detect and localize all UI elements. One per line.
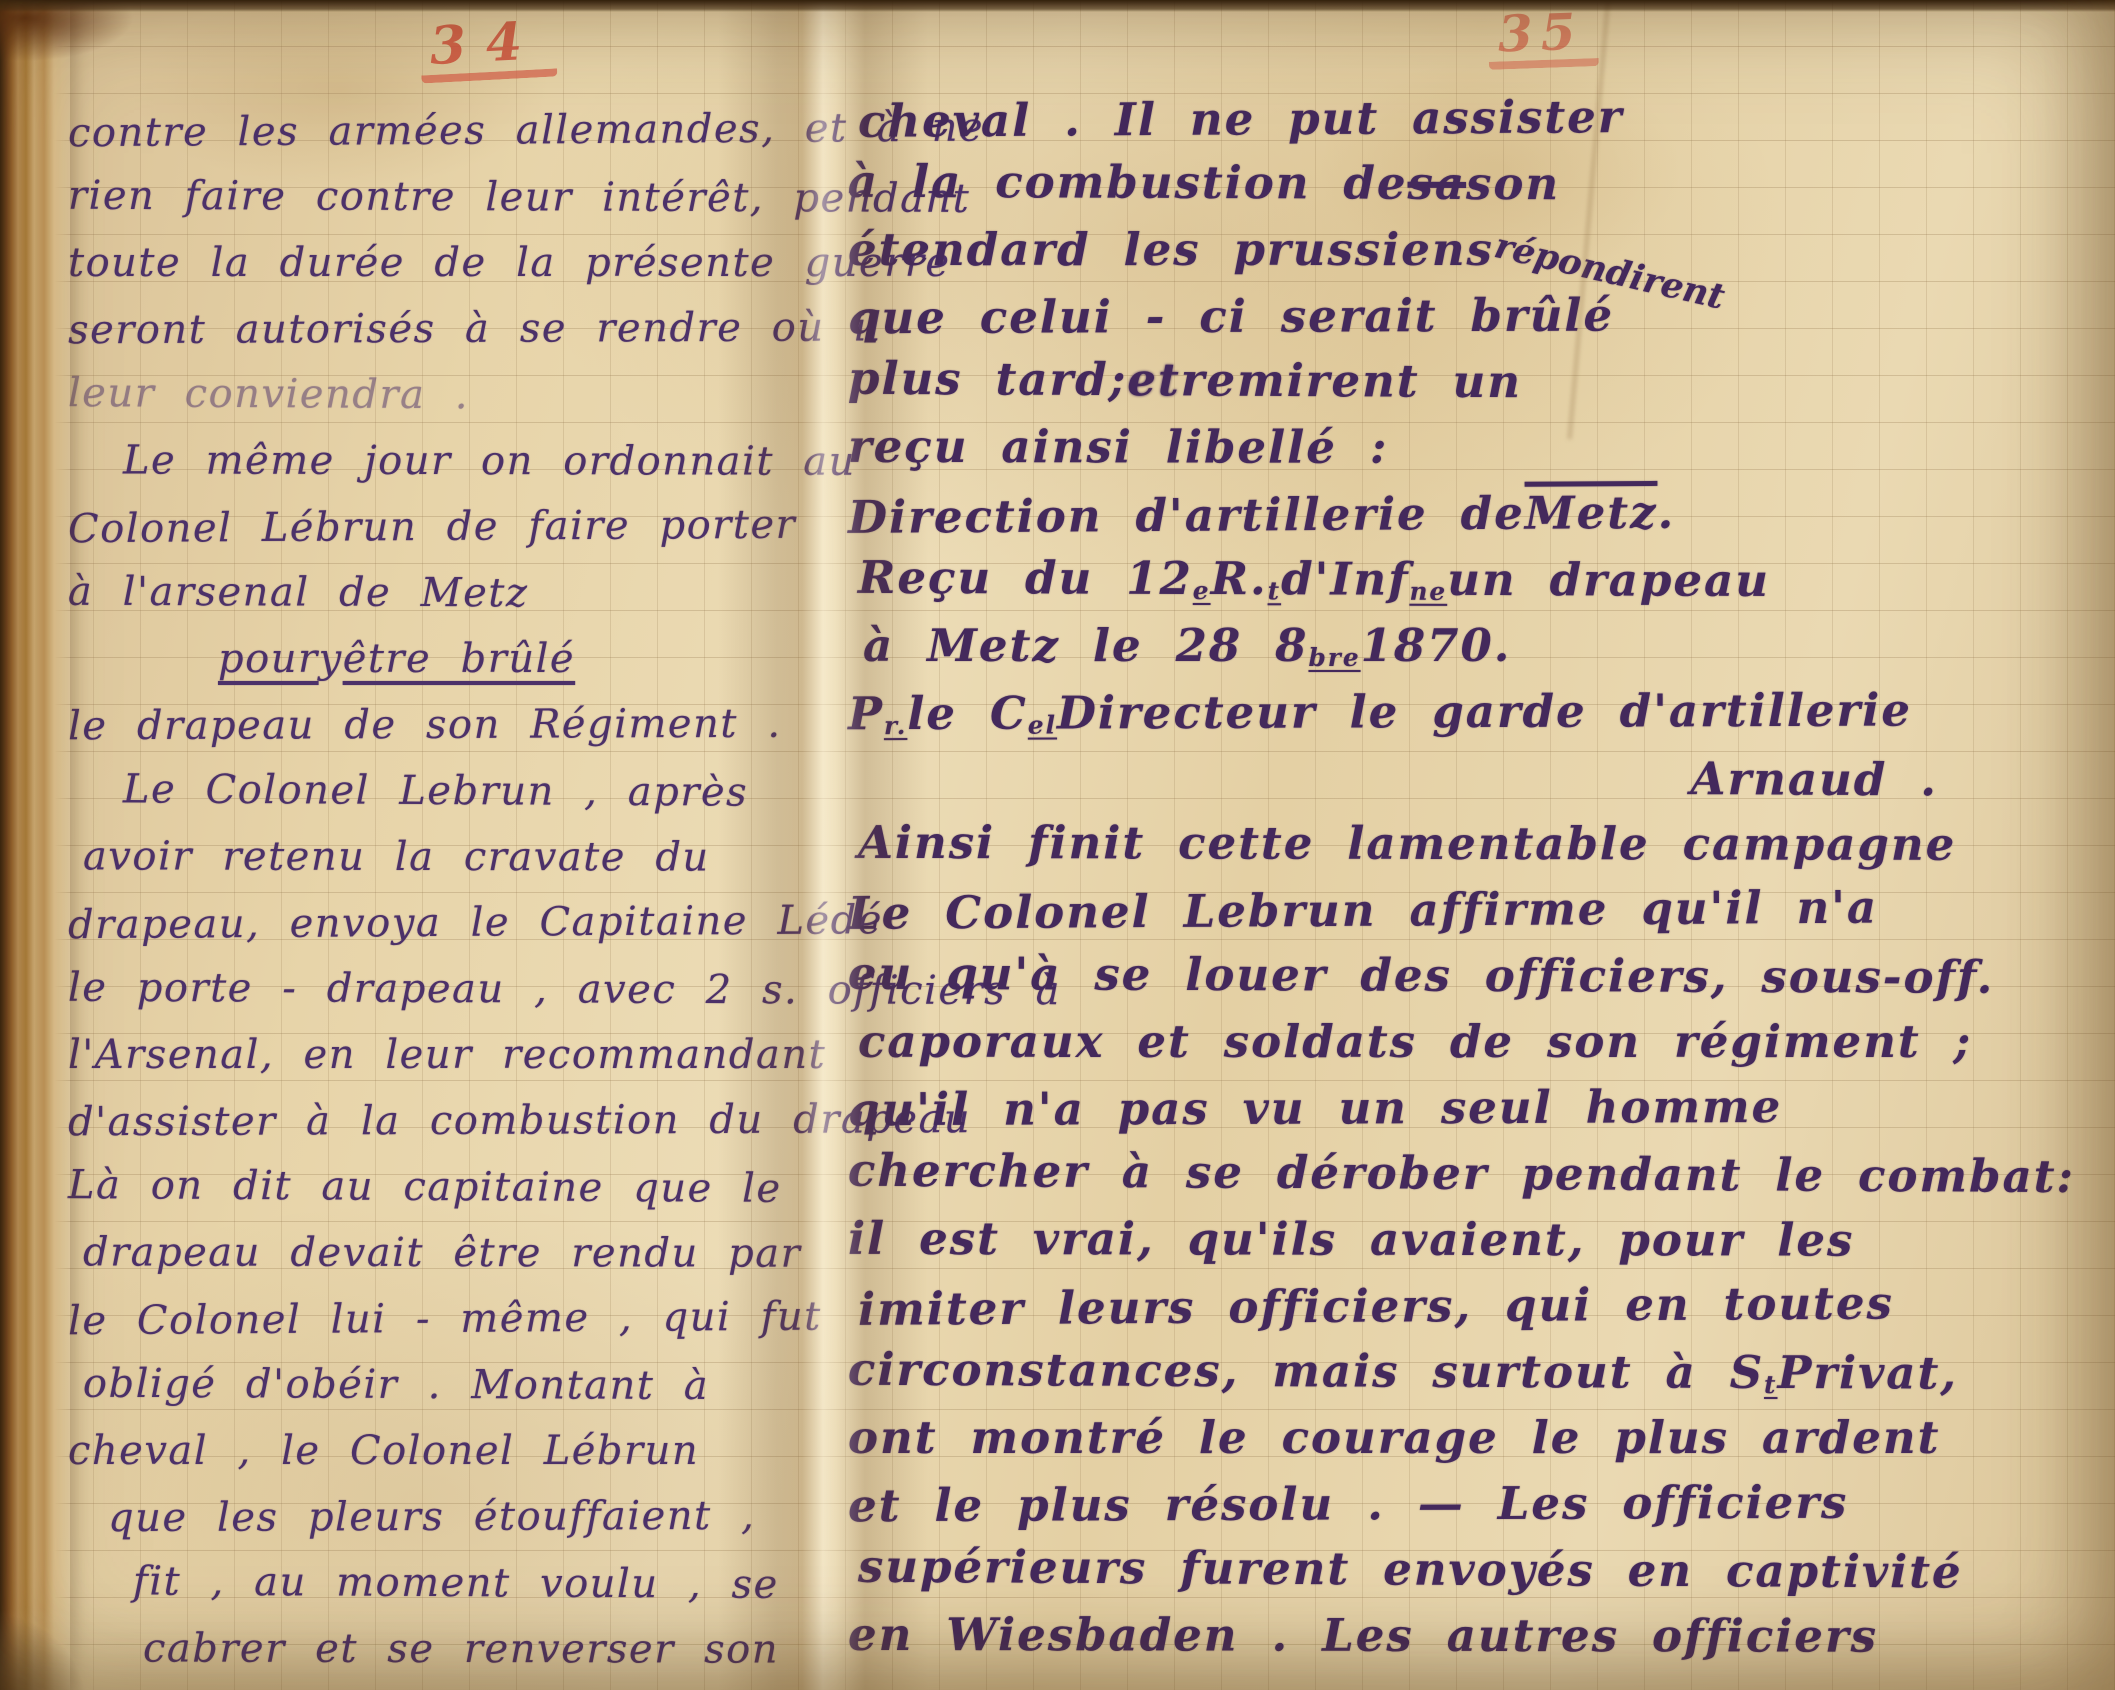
- text-segment: l'Arsenal, en leur recommandant: [68, 1032, 826, 1078]
- text-segment: reçu ainsi libellé :: [848, 420, 1389, 474]
- text-segment: cabrer et se renverser son: [143, 1625, 779, 1672]
- text-segment: fit , au moment voulu , se: [133, 1558, 779, 1607]
- text-segment: leur conviendra .: [68, 370, 469, 418]
- text-segment: être brûlé: [343, 636, 575, 682]
- text-segment: d'assister à la combustion du drapeau: [68, 1096, 971, 1145]
- manuscript-line: toute la durée de la présente guerre: [68, 220, 792, 286]
- text-segment: bre: [1308, 643, 1360, 672]
- text-segment: Le Colonel Lebrun , après: [123, 766, 748, 815]
- notebook-page-right: 35 cheval . Il ne put assisterà la combu…: [848, 78, 2115, 1662]
- text-segment: Ainsi finit cette lamentable campagne: [858, 816, 1956, 871]
- manuscript-line: Arnaud .: [848, 735, 2115, 808]
- scan-top-edge: [0, 0, 2115, 12]
- text-segment: Arnaud .: [1690, 752, 1938, 806]
- manuscript-line: que celui - ci serait brûlé: [848, 274, 2115, 344]
- spine-page-edges: [0, 0, 70, 1690]
- manuscript-line: étendard les prussiens répondirent: [848, 210, 2115, 276]
- manuscript-line: et le plus résolu . — Les officiers: [848, 1462, 2115, 1532]
- manuscript-line: ont montré le courage le plus ardent: [848, 1398, 2115, 1464]
- manuscript-line: imiter leurs officiers, qui en toutes: [848, 1262, 2115, 1336]
- manuscript-line: Colonel Lébrun de faire porter: [68, 482, 792, 552]
- text-segment: le C: [907, 687, 1028, 740]
- text-segment: t: [1764, 1370, 1778, 1399]
- page-number-left: 34: [418, 14, 557, 83]
- text-segment: P: [848, 687, 884, 740]
- text-segment: Metz: [1525, 486, 1658, 540]
- text-segment: e: [1193, 576, 1211, 605]
- text-segment: circonstances, mais surtout à S: [848, 1343, 1764, 1399]
- text-segment: son: [1466, 157, 1560, 210]
- text-segment: Privat,: [1777, 1346, 1958, 1400]
- manuscript-line: obligé d'obéir . Montant à: [68, 1341, 792, 1410]
- text-segment: y: [319, 636, 343, 682]
- manuscript-line: drapeau, envoya le Capitaine Lédé: [68, 878, 792, 948]
- manuscript-line: Le Colonel Lebrun affirme qu'il n'a: [848, 866, 2115, 940]
- text-segment: que celui - ci serait brûlé: [848, 289, 1614, 345]
- manuscript-line: chercher à se dérober pendant le combat:: [848, 1131, 2115, 1204]
- manuscript-line: Le Colonel Lebrun , après: [68, 746, 792, 816]
- manuscript-line: cheval . Il ne put assister: [848, 74, 2115, 148]
- manuscript-line: plus tard; et remirent un: [848, 339, 2115, 412]
- manuscript-line: l'Arsenal, en leur recommandant: [68, 1012, 792, 1078]
- text-segment: 1870.: [1361, 619, 1512, 672]
- manuscript-line: le drapeau de son Régiment .: [68, 681, 792, 750]
- text-segment: ne: [1409, 577, 1447, 606]
- text-segment: que les pleurs étouffaient ,: [108, 1493, 755, 1541]
- manuscript-line: le porte - drapeau , avec 2 s. officiers…: [68, 945, 792, 1014]
- text-segment: cheval . Il ne put assister: [858, 90, 1624, 148]
- manuscript-line: caporaux et soldats de son régiment ;: [848, 1002, 2115, 1068]
- text-segment: étendard les prussiens: [848, 223, 1494, 276]
- text-segment: à la combustion de: [848, 155, 1408, 210]
- text-segment: le drapeau de son Régiment .: [68, 701, 782, 749]
- manuscript-line: circonstances, mais surtout à St Privat,: [848, 1330, 2115, 1400]
- text-segment: un drapeau: [1447, 553, 1770, 607]
- text-segment: t: [1268, 576, 1282, 605]
- text-segment: en Wiesbaden . Les autres officiers: [848, 1608, 1878, 1663]
- manuscript-line: Pr. le Cel Directeur le garde d'artiller…: [848, 670, 2115, 740]
- manuscript-line: Ainsi finit cette lamentable campagne: [848, 803, 2115, 871]
- manuscript-line: eu qu'à se louer des officiers, sous-off…: [848, 934, 2115, 1004]
- manuscript-line: que les pleurs étouffaient ,: [68, 1473, 792, 1542]
- manuscript-line: cheval , le Colonel Lébrun: [68, 1408, 792, 1474]
- manuscript-line: drapeau devait être rendu par: [68, 1209, 792, 1276]
- manuscript-line: seront autorisés à se rendre où il: [68, 285, 792, 354]
- manuscript-line: reçu ainsi libellé :: [848, 407, 2115, 475]
- manuscript-line: cabrer et se renverser son: [68, 1605, 792, 1672]
- text-segment: seront autorisés à se rendre où il: [68, 304, 883, 353]
- manuscript-line: avoir retenu la cravate du: [68, 813, 792, 880]
- text-segment: Direction d'artillerie de: [848, 487, 1525, 544]
- text-segment: remirent un: [1181, 353, 1523, 408]
- text-segment: avoir retenu la cravate du: [83, 833, 710, 880]
- text-segment: toute la durée de la présente guerre: [68, 240, 951, 286]
- text-segment: Le même jour on ordonnait au: [123, 437, 856, 484]
- text-segment: cheval , le Colonel Lébrun: [68, 1428, 699, 1474]
- manuscript-line: en Wiesbaden . Les autres officiers: [848, 1595, 2115, 1663]
- manuscript-line: qu'il n'a pas vu un seul homme: [848, 1066, 2115, 1136]
- manuscript-line: d'assister à la combustion du drapeau: [68, 1077, 792, 1146]
- manuscript-line: Le même jour on ordonnait au: [68, 417, 792, 484]
- text-segment: supérieurs furent envoyés en captivité: [858, 1540, 1963, 1599]
- manuscript-line: contre les armées allemandes, et à ne: [68, 86, 792, 156]
- text-segment: à Metz le 28 8: [863, 619, 1308, 672]
- manuscript-line: le Colonel lui - même , qui fut: [68, 1274, 792, 1344]
- manuscript-line: à Metz le 28 8bre 1870.: [848, 606, 2115, 672]
- text-segment: drapeau, envoya le Capitaine Lédé: [68, 897, 883, 948]
- text-segment: R.: [1211, 552, 1268, 605]
- text-segment: et le plus résolu . — Les officiers: [848, 1476, 1848, 1532]
- text-segment: le Colonel lui - même , qui fut: [68, 1294, 822, 1345]
- text-segment: Directeur le garde d'artillerie: [1057, 684, 1912, 740]
- page-right-lines: cheval . Il ne put assisterà la combusti…: [848, 78, 2115, 1662]
- manuscript-scan: 34 contre les armées allemandes, et à ne…: [0, 0, 2115, 1690]
- page-number-right: 35: [1487, 6, 1599, 70]
- manuscript-line: fit , au moment voulu , se: [68, 1538, 792, 1608]
- text-segment: obligé d'obéir . Montant à: [83, 1361, 709, 1409]
- text-segment: qu'il n'a pas vu un seul homme: [848, 1080, 1782, 1136]
- manuscript-line: supérieurs furent envoyés en captivité: [848, 1527, 2115, 1600]
- manuscript-line: à la combustion de sa son: [848, 142, 2115, 212]
- manuscript-line: Direction d'artillerie de Metz .: [848, 470, 2115, 544]
- text-segment: contre les armées allemandes, et à ne: [68, 105, 984, 157]
- manuscript-line: il est vrai, qu'ils avaient, pour les: [848, 1199, 2115, 1267]
- text-segment: Colonel Lébrun de faire porter: [68, 502, 796, 552]
- manuscript-line: à l'arsenal de Metz: [68, 549, 792, 618]
- text-segment: rien faire contre leur intérêt, pendant: [68, 173, 970, 222]
- text-segment: sa: [1407, 157, 1466, 210]
- text-segment: eu qu'à se louer des officiers, sous-off…: [848, 947, 1995, 1004]
- manuscript-line: rien faire contre leur intérêt, pendant: [68, 153, 792, 222]
- text-segment: ont montré le courage le plus ardent: [848, 1411, 1940, 1464]
- text-segment: .: [1657, 486, 1675, 539]
- text-segment: Reçu du 12: [858, 551, 1193, 605]
- text-segment: Là on dit au capitaine que le: [68, 1162, 782, 1212]
- text-segment: Le Colonel Lebrun affirme qu'il n'a: [848, 881, 1878, 940]
- text-segment: drapeau devait être rendu par: [83, 1229, 801, 1276]
- text-segment: caporaux et soldats de son régiment ;: [858, 1015, 1972, 1068]
- text-segment: chercher à se dérober pendant le combat:: [848, 1144, 2075, 1203]
- text-segment: d'Inf: [1281, 552, 1410, 605]
- text-segment: plus tard;: [848, 352, 1128, 406]
- text-segment: à l'arsenal de Metz: [68, 569, 529, 617]
- page-left-lines: contre les armées allemandes, et à nerie…: [68, 88, 792, 1672]
- text-segment: imiter leurs officiers, qui en toutes: [858, 1276, 1894, 1335]
- text-segment: pour: [218, 636, 319, 682]
- manuscript-line: Là on dit au capitaine que le: [68, 1142, 792, 1212]
- notebook-page-left: 34 contre les armées allemandes, et à ne…: [68, 88, 792, 1672]
- text-segment: il est vrai, qu'ils avaient, pour les: [848, 1212, 1854, 1267]
- manuscript-line: leur conviendra .: [68, 350, 792, 420]
- manuscript-line: Reçu du 12e R.t d'Infne un drapeau: [848, 538, 2115, 608]
- text-segment: et: [1127, 353, 1181, 406]
- manuscript-line: pour y être brûlé: [68, 616, 792, 682]
